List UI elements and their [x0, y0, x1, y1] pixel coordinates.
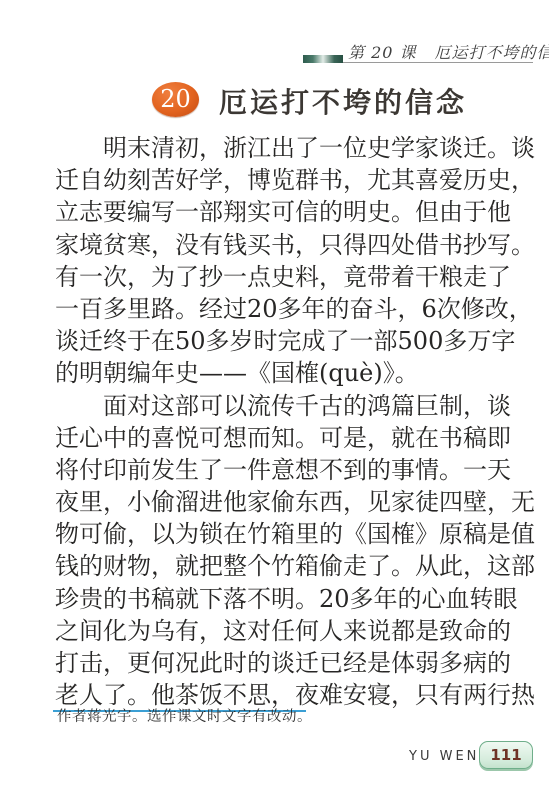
text-line: 珍贵的书稿就下落不明。20多年的心血转眼 [55, 583, 497, 615]
text-line: 迁心中的喜悦可想而知。可是，就在书稿即 [55, 422, 497, 454]
text-line: 将付印前发生了一件意想不到的事情。一天 [55, 454, 497, 486]
text-line: 一百多里路。经过20多年的奋斗，6次修改， [55, 293, 497, 325]
lesson-body-text: 明末清初，浙江出了一位史学家谈迁。谈 迁自幼刻苦好学，博览群书，尤其喜爱历史， … [55, 132, 497, 711]
text-line: 有一次，为了抄一点史料，竟带着干粮走了 [55, 261, 497, 293]
footnote: 作者蒋光宇。选作课文时文字有改动。 [57, 705, 312, 726]
running-header-lesson-title: 厄运打不垮的信念 [435, 43, 549, 62]
text-line: 之间化为乌有，这对任何人来说都是致命的 [55, 615, 497, 647]
text-line: 迁自幼刻苦好学，博览群书，尤其喜爱历史， [55, 164, 497, 196]
series-label: YU WEN [409, 749, 479, 764]
header-green-bar [303, 55, 343, 63]
text-line: 立志要编写一部翔实可信的明史。但由于他 [55, 196, 497, 228]
lesson-title: 厄运打不垮的信念 [219, 81, 467, 121]
text-line: 面对这部可以流传千古的鸿篇巨制，谈 [55, 390, 497, 422]
text-line: 物可偷，以为锁在竹箱里的《国榷》原稿是值 [55, 518, 497, 550]
running-header-text: 第 20 课厄运打不垮的信念 [348, 40, 533, 63]
text-line: 谈迁终于在50多岁时完成了一部500多万字 [55, 325, 497, 357]
running-header: 第 20 课厄运打不垮的信念 [0, 40, 549, 68]
text-line: 家境贫寒，没有钱买书，只得四处借书抄写。 [55, 229, 497, 261]
running-header-lesson-label: 第 20 课 [348, 43, 417, 62]
lesson-title-row: 20 厄运打不垮的信念 [0, 80, 549, 120]
lesson-number-badge: 20 [152, 82, 199, 117]
text-line: 夜里，小偷溜进他家偷东西，见家徒四壁，无 [55, 486, 497, 518]
page-footer: YU WEN 111 [0, 740, 549, 772]
page-number-badge: 111 [479, 741, 533, 769]
text-line: 的明朝编年史——《国榷(què)》。 [55, 357, 497, 389]
text-line: 明末清初，浙江出了一位史学家谈迁。谈 [55, 132, 497, 164]
text-line: 打击，更何况此时的谈迁已经是体弱多病的 [55, 647, 497, 679]
text-line: 钱的财物，就把整个竹箱偷走了。从此，这部 [55, 550, 497, 582]
